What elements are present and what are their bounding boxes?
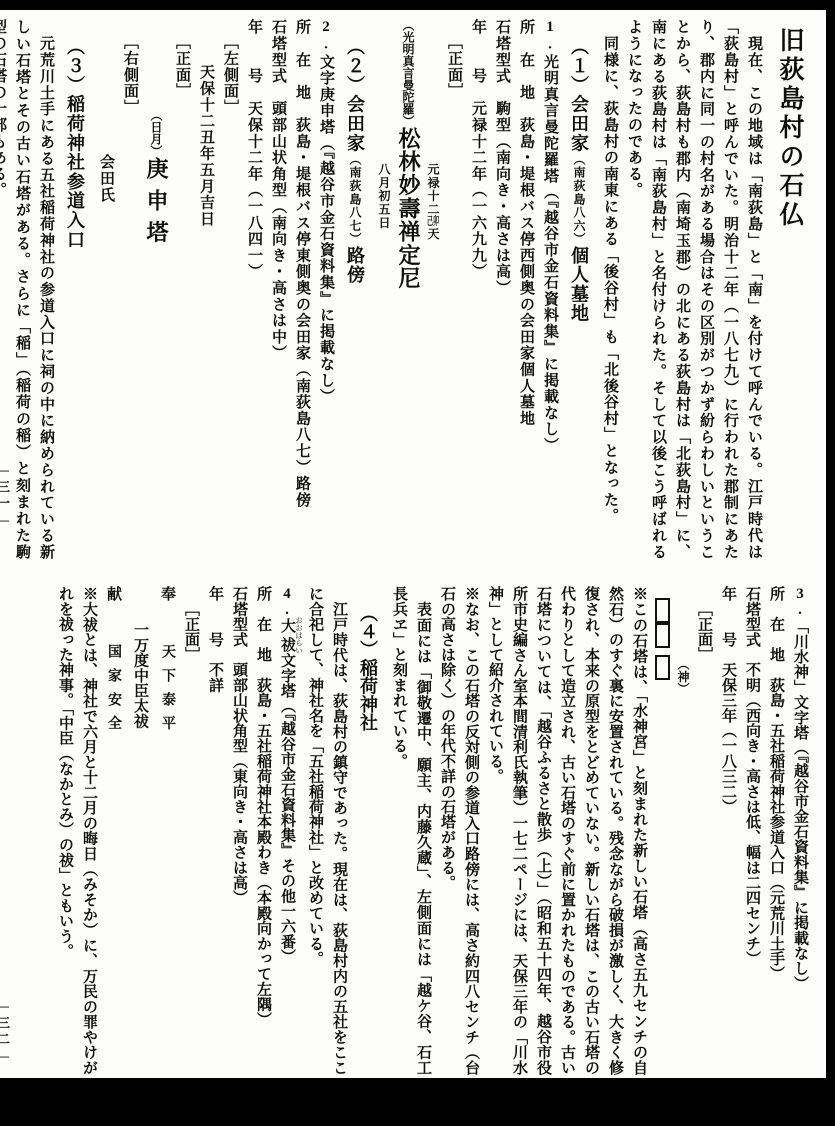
stone2-left-face-text: 天保十二丑年五月吉日 [194, 19, 218, 560]
illegible-character-box [655, 655, 670, 680]
stone4-title: 4.大祓おおはらい文字塔（『越谷市金石資料集』その他一六番） [275, 586, 303, 1075]
stone2-front-inscription: （日月）庚申塔 [142, 19, 170, 560]
ruby-ooharai: 大祓おおはらい [279, 618, 295, 652]
stone1-era: 年 号 元禄十二年（一六九九） [466, 19, 490, 560]
page-bottom-half: 3.「川水神」文字塔（『越谷市金石資料集』に掲載なし） 所 在 地 荻島・五社稲… [6, 586, 812, 1075]
stone4-note: ※大祓とは、神社で六月と十二月の晦日（みそか）に、万民の罪やけがれを祓った神事。… [53, 586, 101, 1075]
stone4-era: 年 号 不詳 [203, 586, 227, 1075]
stone1-location: 所 在 地 荻島・堤根バス停西側奥の会田家個人墓地 [514, 19, 538, 560]
stone2-left-face-label: ［左側面］ [218, 19, 242, 560]
stone3-era: 年 号 天保三年（一八三二） [716, 586, 740, 1075]
stone4-inscription-left: 献国家安全 [101, 586, 125, 1075]
stone1-inscription-main: （光明真言曼陀羅）松林妙壽禅定尼 [393, 19, 423, 560]
stone3-title: 3.「川水神」文字塔（『越谷市金石資料集』に掲載なし） [788, 586, 812, 1075]
intro-paragraph-2: 同様に、荻島村の南東にある「後谷村」も「北後谷村」となった。 [598, 19, 622, 560]
stone1-title: 1.光明真言曼陀羅塔（『越谷市金石資料集』に掲載なし） [538, 19, 562, 560]
illegible-character-box [655, 598, 670, 623]
page-number-bottom: ―三二― [0, 998, 12, 1066]
section3-heading: （３）稲荷神社参道入口 [60, 19, 90, 560]
stone2-right-face-text: 会田氏 [94, 19, 118, 560]
stone3-type: 石塔型式 不明（西向き・高さは低、幅は二四センチ） [740, 586, 764, 1075]
page-title: 旧荻島村の石仏 [766, 19, 812, 560]
stone2-right-face-label: ［右側面］ [118, 19, 142, 560]
stone3-note-1: ※この石塔は、「水神宮」と刻まれた新しい石塔（高さ五九センチの自然石）のすぐ裏に… [483, 586, 651, 1075]
stone3-inscription-annotation: （神） [673, 586, 692, 1075]
stone1-inscription-date-right: 元禄十二己卯天 [423, 19, 442, 560]
stone4-type: 石塔型式 頭部山状角型（東向き・高さは高） [227, 586, 251, 1075]
stone2-location: 所 在 地 荻島・堤根バス停東側奥の会田家（南荻島八七）路傍 [290, 19, 314, 560]
stone4-inscription-center: 一万度中臣太祓 [125, 586, 155, 1075]
page-number-top: ―三一― [0, 462, 12, 530]
stone4-location: 所 在 地 荻島・五社稲荷神社本殿わき（本殿向かって左隅） [251, 586, 275, 1075]
stone2-title: 2.文字庚申塔（『越谷市金石資料集』に掲載なし） [314, 19, 338, 560]
intro-paragraph-1: 現在、この地域は「南荻島」と「南」を付けて呼んでいる。江戸時代は「荻島村」と呼ん… [622, 19, 766, 560]
stone4-inscription-right: 奉天下泰平 [155, 586, 179, 1075]
stone1-type: 石塔型式 駒型（南向き・高さは高） [490, 19, 514, 560]
scan-paper-area: 旧荻島村の石仏 現在、この地域は「南荻島」と「南」を付けて呼んでいる。江戸時代は… [0, 10, 826, 1078]
illegible-character-box [655, 623, 670, 648]
stone3-location: 所 在 地 荻島・五社稲荷神社参道入口（元荒川土手） [764, 586, 788, 1075]
scanned-book-page: { "page": { "title": "旧荻島村の石仏", "page_nu… [0, 0, 835, 1126]
stone2-era: 年 号 天保十二年（一八四一） [242, 19, 266, 560]
page-top-half: 旧荻島村の石仏 現在、この地域は「南荻島」と「南」を付けて呼んでいる。江戸時代は… [6, 19, 812, 560]
stone1-inscription-date-left: 八月初五日 [374, 19, 393, 560]
stone3-face-label: ［正面］ [692, 586, 716, 1075]
stone2-front-face-label: ［正面］ [170, 19, 194, 560]
stone2-type: 石塔型式 頭部山状角型（南向き・高さは中） [266, 19, 290, 560]
stone3-note-3: 表面には「御敬遷中、願主、内藤久蔵」、左側面には「越ケ谷、石工長兵ヱ」と刻まれて… [387, 586, 435, 1075]
stone3-note-2: ※なお、この石塔の反対側の参道入口路傍には、高さ約四八センチ（台石の高さは除く）… [435, 586, 483, 1075]
section2-heading: （２）会田家（南荻島八七）路傍 [340, 19, 370, 560]
stone1-face-label: ［正面］ [442, 19, 466, 560]
section4-paragraph: 江戸時代は、荻島村の鎮守であった。現在は、荻島村内の五社をここに合祀して、神社名… [303, 586, 351, 1075]
stone4-face-label: ［正面］ [179, 586, 203, 1075]
stone3-illegible-characters [651, 586, 673, 1075]
section1-heading: （１）会田家（南荻島八六）個人墓地 [564, 19, 594, 560]
section4-heading: （４）稲荷神社 [353, 586, 383, 1075]
